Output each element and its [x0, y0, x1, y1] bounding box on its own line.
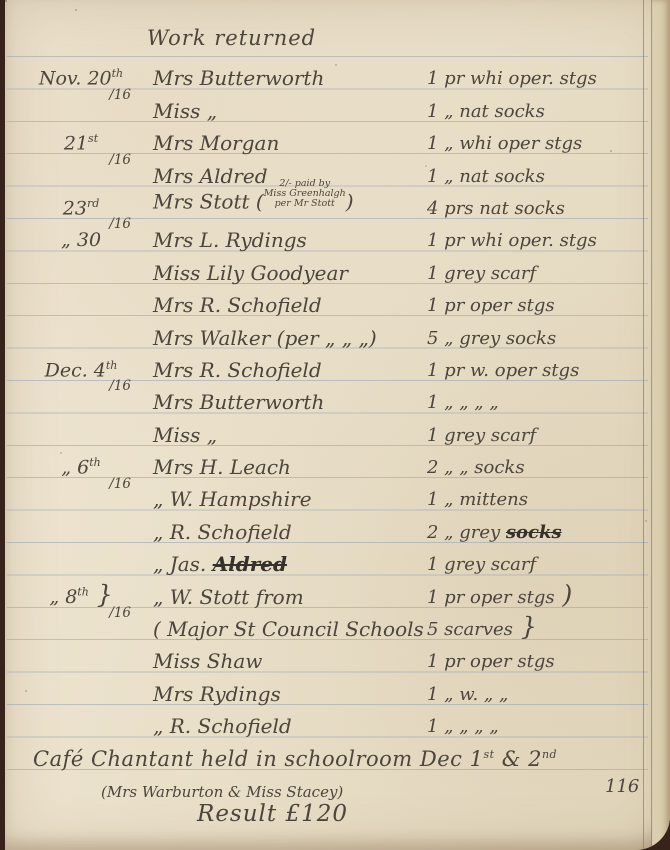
text-run: 1 „ w. „ „: [427, 684, 508, 705]
entry-name: Miss „: [147, 101, 421, 122]
text-run: ( Major St Council Schools: [153, 617, 424, 641]
entry-item: 1 pr oper stgs: [421, 297, 646, 316]
entry-date: [15, 121, 147, 122]
ledger-row: „ 8th }/16„ W. Stott from1 pr oper stgs …: [15, 575, 646, 607]
struck-text: Aldred: [213, 552, 287, 576]
text-run: th: [106, 359, 118, 372]
text-run: Dec. 4: [45, 359, 106, 381]
entry-item: 1 „ „ „ „: [421, 718, 646, 737]
text-run: Mrs H. Leach: [153, 455, 291, 479]
text-run: Mrs Rydings: [153, 682, 281, 706]
text-run: 2 „ „ socks: [427, 457, 525, 478]
entry-name: Mrs Stott (2/- paid byMiss Greenhalghper…: [147, 188, 421, 219]
text-run: „ R. Schofield: [153, 520, 292, 544]
text-run: „ R. Schofield: [153, 714, 292, 738]
entry-date: [15, 445, 147, 446]
entry-date: [15, 671, 147, 672]
text-run: Mrs Butterworth: [153, 390, 324, 414]
ledger-row: „ R. Schofield2 „ grey socks: [15, 510, 646, 542]
entry-name: Mrs Morgan: [147, 133, 421, 154]
entry-date: Dec. 4th/16: [15, 360, 147, 381]
entry-name: Miss Lily Goodyear: [147, 263, 421, 284]
entry-name: „ R. Schofield: [147, 522, 421, 543]
text-run: 1 pr oper stgs: [427, 651, 555, 672]
entry-date: „ 6th/16: [15, 457, 147, 478]
text-run: ): [555, 580, 573, 609]
entry-date: „ 8th }/16: [15, 586, 147, 608]
entry-name: Miss „: [147, 425, 421, 446]
entry-item: 1 „ mittens: [421, 491, 646, 510]
text-run: Mrs R. Schofield: [153, 358, 322, 382]
ledger-row: Miss „1 grey scarf: [15, 413, 646, 445]
text-run: rd: [87, 197, 99, 210]
entry-item: 1 pr whi oper. stgs: [421, 232, 646, 251]
entry-date: [15, 639, 147, 640]
ledger-row: Mrs Walker (per „ „ „)5 „ grey socks: [15, 316, 646, 348]
text-run: 1 „ mittens: [427, 489, 528, 510]
entry-name: Mrs Walker (per „ „ „): [147, 328, 421, 349]
ledger-rows: Nov. 20th/16Mrs Butterworth1 pr whi oper…: [15, 57, 646, 737]
text-run: th: [112, 67, 124, 80]
entry-item: 1 „ nat socks: [421, 168, 646, 187]
text-run: }: [513, 612, 537, 641]
text-run: „ 8: [49, 586, 77, 608]
paid-by-annotation: 2/- paid byMiss Greenhalghper Mr Stott: [264, 179, 346, 209]
entry-name: Miss Shaw: [147, 651, 421, 672]
entry-name: Mrs H. Leach: [147, 457, 421, 478]
text-run: 1 pr oper stgs: [427, 295, 555, 316]
ledger-row: Mrs R. Schofield1 pr oper stgs: [15, 284, 646, 316]
entry-item: 5 „ grey socks: [421, 330, 646, 349]
entry-date: [15, 736, 147, 737]
entry-item: 2 „ „ socks: [421, 459, 646, 478]
entry-name: Mrs L. Rydings: [147, 230, 421, 251]
text-run: Miss „: [153, 423, 217, 447]
ledger-row: 21st/16Mrs Morgan1 „ whi oper stgs: [15, 122, 646, 154]
text-run: 1 grey scarf: [427, 425, 536, 446]
text-run: 1 grey scarf: [427, 263, 536, 284]
entry-name: Mrs R. Schofield: [147, 295, 421, 316]
entry-name: Mrs Butterworth: [147, 392, 421, 413]
text-run: Mrs Walker (per „ „ „): [153, 326, 377, 350]
entry-item: 1 pr w. oper stgs: [421, 362, 646, 381]
text-run: 1 pr whi oper. stgs: [427, 230, 597, 251]
entry-item: 4 prs nat socks: [421, 200, 646, 219]
entry-item: 1 pr oper stgs ): [421, 586, 646, 608]
entry-name: „ W. Hampshire: [147, 489, 421, 510]
text-run: 4 prs nat socks: [427, 198, 565, 219]
entry-date: [15, 186, 147, 187]
entry-year: /16: [109, 607, 131, 621]
entry-item: 1 „ w. „ „: [421, 686, 646, 705]
text-run: 5 „ grey socks: [427, 328, 556, 349]
text-run: Mrs L. Rydings: [153, 228, 307, 252]
text-run: „ 30: [61, 229, 101, 251]
text-run: ): [346, 190, 354, 214]
entry-date: „ 30: [15, 231, 147, 251]
text-run: „ Jas.: [153, 552, 213, 576]
text-run: 1 pr whi oper. stgs: [427, 68, 597, 89]
text-run: Nov. 20: [39, 67, 112, 89]
text-run: Mrs Stott (: [153, 190, 264, 214]
text-run: 5 scarves: [427, 619, 513, 640]
text-run: nd: [542, 748, 557, 761]
entry-name: Mrs Butterworth: [147, 68, 421, 89]
text-run: 1 grey scarf: [427, 554, 536, 575]
text-run: st: [88, 132, 98, 145]
entry-name: Mrs R. Schofield: [147, 360, 421, 381]
text-run: Mrs Morgan: [153, 131, 279, 155]
text-run: Miss „: [153, 99, 217, 123]
text-run: 1 pr w. oper stgs: [427, 360, 579, 381]
text-run: Mrs Aldred: [153, 164, 268, 188]
entry-year: /16: [109, 478, 131, 492]
text-run: 21: [64, 132, 88, 154]
entry-item: 1 „ nat socks: [421, 103, 646, 122]
entry-date: 21st/16: [15, 133, 147, 154]
entry-name: Mrs Rydings: [147, 684, 421, 705]
paper-specks: [5, 0, 7, 2]
text-run: Mrs Butterworth: [153, 66, 324, 90]
text-run: 23: [63, 197, 87, 219]
footer-organisers: (Mrs Warburton & Miss Stacey): [101, 783, 343, 801]
text-run: 2 „ grey: [427, 522, 506, 543]
entry-date: [15, 704, 147, 705]
ledger-row: 23rd/16Mrs Stott (2/- paid byMiss Greenh…: [15, 187, 646, 219]
text-run: 1 „ nat socks: [427, 101, 545, 122]
entry-date: [15, 283, 147, 284]
entry-date: [15, 509, 147, 510]
ledger-row: „ Jas. Aldred1 grey scarf: [15, 543, 646, 575]
text-run: „ W. Stott from: [153, 585, 304, 609]
footer-event-line: Café Chantant held in schoolroom Dec 1st…: [33, 747, 557, 771]
page-stack-edge: [652, 0, 670, 850]
entry-item: 1 pr oper stgs: [421, 653, 646, 672]
text-run: „ W. Hampshire: [153, 487, 312, 511]
notebook-page: Work returned Nov. 20th/16Mrs Butterwort…: [5, 0, 670, 850]
text-run: Café Chantant held in schoolroom Dec 1: [33, 747, 483, 771]
entry-name: „ W. Stott from: [147, 587, 421, 608]
ledger-row: „ 6th/16Mrs H. Leach2 „ „ socks: [15, 446, 646, 478]
entry-item: 1 grey scarf: [421, 427, 646, 446]
text-run: & 2: [495, 747, 542, 771]
text-run: 1 pr oper stgs: [427, 587, 555, 608]
entry-item: 1 grey scarf: [421, 265, 646, 284]
entry-date: [15, 542, 147, 543]
entry-name: „ R. Schofield: [147, 716, 421, 737]
text-run: th: [77, 585, 89, 598]
page-number: 116: [605, 776, 639, 797]
entry-name: „ Jas. Aldred: [147, 554, 421, 575]
text-run: Miss Shaw: [153, 649, 262, 673]
text-run: st: [483, 748, 494, 761]
text-run: 1 „ „ „ „: [427, 716, 499, 737]
entry-date: [15, 315, 147, 316]
entry-date: Nov. 20th/16: [15, 68, 147, 89]
entry-item: 1 „ „ „ „: [421, 394, 646, 413]
text-run: Miss Lily Goodyear: [153, 261, 348, 285]
ledger-row: Nov. 20th/16Mrs Butterworth1 pr whi oper…: [15, 57, 646, 89]
entry-date: [15, 412, 147, 413]
ledger-row: Miss Lily Goodyear1 grey scarf: [15, 251, 646, 283]
text-run: „ 6: [61, 456, 89, 478]
entry-year: /16: [109, 154, 131, 168]
ledger-row: „ R. Schofield1 „ „ „ „: [15, 705, 646, 737]
entry-date: [15, 574, 147, 575]
entry-item: 1 grey scarf: [421, 556, 646, 575]
entry-item: 5 scarves }: [421, 618, 646, 640]
entry-name: ( Major St Council Schools: [147, 619, 421, 640]
entry-item: 1 pr whi oper. stgs: [421, 70, 646, 89]
entry-date: [15, 348, 147, 349]
text-run: th: [89, 456, 101, 469]
page-title: Work returned: [147, 26, 316, 50]
text-run: 1 „ whi oper stgs: [427, 133, 582, 154]
ledger-row: Miss Shaw1 pr oper stgs: [15, 640, 646, 672]
text-run: Mrs R. Schofield: [153, 293, 322, 317]
entry-item: 1 „ whi oper stgs: [421, 135, 646, 154]
entry-year: /16: [109, 218, 131, 232]
text-run: 1 „ „ „ „: [427, 392, 499, 413]
ledger-row: Mrs Rydings1 „ w. „ „: [15, 672, 646, 704]
entry-year: /16: [109, 380, 131, 394]
text-run: 1 „ nat socks: [427, 166, 545, 187]
footer-result: Result £120: [197, 801, 348, 827]
entry-date: 23rd/16: [15, 198, 147, 219]
entry-item: 2 „ grey socks: [421, 524, 646, 543]
ledger-row: Dec. 4th/16Mrs R. Schofield1 pr w. oper …: [15, 349, 646, 381]
struck-text: socks: [506, 522, 562, 543]
entry-year: /16: [109, 89, 131, 103]
